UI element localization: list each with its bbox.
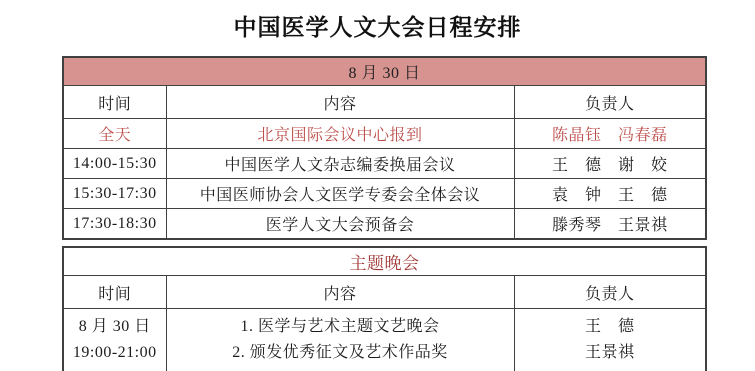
column-header-content: 内容 <box>166 276 514 309</box>
day-schedule-table: 8 月 30 日 时间 内容 负责人 全天 北京国际会议中心报到 陈晶钰 冯春磊… <box>62 56 707 240</box>
column-header-time: 时间 <box>63 276 166 309</box>
time-range-line: 19:00-21:00 <box>64 340 166 366</box>
content-item-1: 1. 医学与艺术主题文艺晚会 <box>167 314 514 340</box>
table-header-row: 时间 内容 负责人 <box>63 276 706 309</box>
table-row: 15:30-17:30 中国医师协会人文医学专委会全体会议 袁 钟 王 德 <box>63 179 706 209</box>
date-banner-row: 8 月 30 日 <box>63 57 706 86</box>
page-title: 中国医学人文大会日程安排 <box>0 0 755 42</box>
gala-banner: 主题晚会 <box>63 247 706 276</box>
column-header-time: 时间 <box>63 86 166 119</box>
column-header-content: 内容 <box>166 86 514 119</box>
date-banner: 8 月 30 日 <box>63 57 706 86</box>
person-cell: 王 德 谢 姣 <box>514 149 706 179</box>
time-cell: 17:30-18:30 <box>63 209 166 240</box>
column-header-person: 负责人 <box>514 276 706 309</box>
person-line-2: 王景祺 <box>515 340 706 366</box>
content-cell: 中国医师协会人文医学专委会全体会议 <box>166 179 514 209</box>
content-cell: 医学人文大会预备会 <box>166 209 514 240</box>
table-row: 14:00-15:30 中国医学人文杂志编委换届会议 王 德 谢 姣 <box>63 149 706 179</box>
conference-schedule-document: 中国医学人文大会日程安排 8 月 30 日 时间 内容 负责人 全天 北京国际会… <box>0 0 755 371</box>
content-cell: 中国医学人文杂志编委换届会议 <box>166 149 514 179</box>
content-cell: 1. 医学与艺术主题文艺晚会 2. 颁发优秀征文及艺术作品奖 <box>166 309 514 371</box>
column-header-person: 负责人 <box>514 86 706 119</box>
content-item-2: 2. 颁发优秀征文及艺术作品奖 <box>167 340 514 366</box>
time-date-line: 8 月 30 日 <box>64 314 166 340</box>
time-cell: 14:00-15:30 <box>63 149 166 179</box>
content-cell: 北京国际会议中心报到 <box>166 119 514 149</box>
person-cell: 滕秀琴 王景祺 <box>514 209 706 240</box>
person-cell: 袁 钟 王 德 <box>514 179 706 209</box>
time-cell: 15:30-17:30 <box>63 179 166 209</box>
table-row-checkin: 全天 北京国际会议中心报到 陈晶钰 冯春磊 <box>63 119 706 149</box>
person-cell: 陈晶钰 冯春磊 <box>514 119 706 149</box>
table-row: 17:30-18:30 医学人文大会预备会 滕秀琴 王景祺 <box>63 209 706 240</box>
table-row-gala: 8 月 30 日 19:00-21:00 1. 医学与艺术主题文艺晚会 2. 颁… <box>63 309 706 371</box>
time-cell: 8 月 30 日 19:00-21:00 <box>63 309 166 371</box>
person-cell: 王 德 王景祺 <box>514 309 706 371</box>
evening-gala-table: 主题晚会 时间 内容 负责人 8 月 30 日 19:00-21:00 1. 医… <box>62 246 707 371</box>
gala-banner-row: 主题晚会 <box>63 247 706 276</box>
person-line-1: 王 德 <box>515 314 706 340</box>
table-header-row: 时间 内容 负责人 <box>63 86 706 119</box>
time-cell: 全天 <box>63 119 166 149</box>
